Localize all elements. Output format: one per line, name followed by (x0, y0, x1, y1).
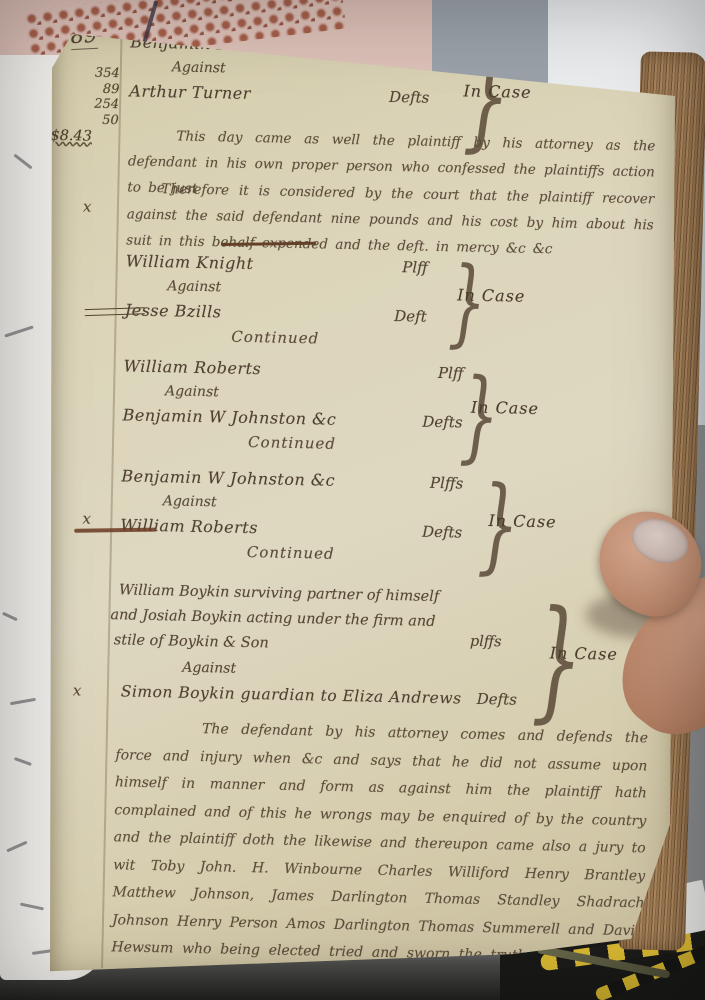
margin-x-mark: x (83, 197, 92, 215)
case-entry-johnston-v-roberts: Benjamin W Johnston &c Plffs Against Wil… (120, 466, 464, 565)
margin-total: $8.43 (50, 128, 92, 145)
margin-figure: 50 (55, 111, 119, 128)
page-content: 89 354 89 254 50 $8.43 Benjamin Bittle –… (31, 21, 676, 989)
case-entry-knight-v-bzills: William Knight Plff Against Jesse Bzills… (124, 251, 428, 349)
case-entry-roberts-v-johnston: William Roberts Plff Against Benjamin W … (122, 356, 464, 455)
ink-showthrough-mark (6, 841, 27, 853)
margin-figures: 354 89 254 50 (55, 65, 120, 128)
plaintiff-label: Plff (402, 258, 428, 277)
ink-showthrough-mark (13, 154, 32, 170)
ink-showthrough-mark (4, 325, 33, 337)
judgment-text: Therefore it is considered by the court … (126, 175, 655, 264)
margin-figure: 354 (56, 65, 120, 82)
versus-label: Against (182, 660, 236, 677)
defendant-label: Defts (422, 523, 463, 542)
action-type: In Case (550, 643, 619, 663)
defendant-label: Deft (394, 307, 427, 326)
case-status: Continued (120, 540, 462, 565)
defendant-label: Defts (422, 413, 463, 432)
defendant-name: Benjamin W Johnston &c (122, 405, 336, 428)
plaintiff-label: Plffs (430, 474, 464, 493)
action-type: In Case (457, 285, 526, 305)
versus-label: Against (163, 493, 463, 515)
ink-showthrough-mark (14, 757, 32, 766)
defendant-name: Simon Boykin guardian to Eliza Andrews (121, 682, 462, 707)
margin-figure: 254 (55, 96, 119, 113)
photo-court-record-book: 89 354 89 254 50 $8.43 Benjamin Bittle –… (0, 0, 705, 1000)
action-type: In Case (471, 398, 540, 418)
plaintiff-name-line: William Boykin surviving partner of hims… (119, 582, 440, 605)
action-type: In Case (488, 511, 557, 531)
margin-figure: 89 (55, 80, 119, 97)
action-type: In Case (463, 81, 532, 101)
ink-showthrough-mark (10, 698, 36, 705)
versus-label: Against (165, 383, 463, 405)
plaintiff-name-line: stile of Boykin & Son (114, 632, 269, 651)
plaintiff-name-line: and Josiah Boykin acting under the firm … (110, 607, 435, 630)
case-status: Continued (124, 325, 426, 349)
margin-x-mark: x (82, 510, 91, 528)
versus-label: Against (167, 278, 427, 299)
defendant-label: Defts (477, 690, 518, 709)
case-status: Continued (122, 430, 462, 455)
defendant-name: Arthur Turner (129, 81, 251, 103)
defendant-name: William Roberts (120, 515, 258, 537)
ink-showthrough-mark (2, 612, 18, 621)
plaintiff-name: Benjamin W Johnston &c (121, 466, 335, 489)
ink-showthrough-mark (20, 903, 44, 911)
ledger-page: 89 354 89 254 50 $8.43 Benjamin Bittle –… (50, 22, 675, 977)
plaintiff-name: William Knight (126, 251, 254, 273)
plaintiff-name: William Roberts (123, 356, 261, 378)
plaintiff-label: plffs (470, 634, 502, 651)
defendant-label: Defts (389, 88, 430, 107)
margin-x-mark: x (73, 681, 82, 699)
